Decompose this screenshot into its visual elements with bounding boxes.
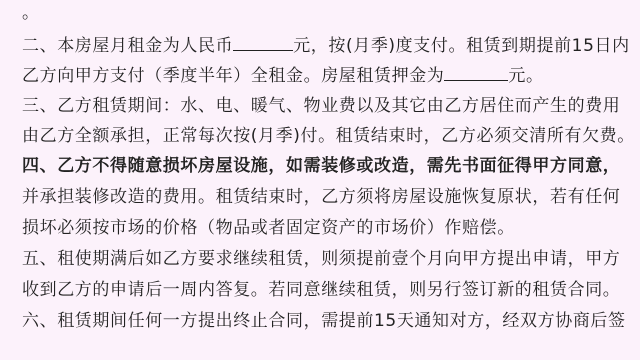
clause-2-line-2: 乙方向甲方支付（季度半年）全租金。房屋租赁押金为元。 — [22, 64, 544, 87]
clause-3-line-1: 三、乙方租赁期间：水、电、暖气、物业费以及其它由乙方居住而产生的费用 — [22, 95, 620, 117]
clause-5-line-2: 收到乙方的申请后一周内答复。若同意继续租赁，则另行签订新的租赁合同。 — [22, 279, 620, 301]
clause-4-line-3: 损坏必须按市场的价格（物品或者固定资产的市场价）作赔偿。 — [22, 217, 515, 239]
text-line-fragment: 。 — [22, 2, 40, 24]
clause-6-line-1: 六、租赁期间任何一方提出终止合同，需提前15天通知对方，经双方协商后签 — [22, 310, 626, 332]
clause-4-line-2: 并承担装修改造的费用。租赁结束时，乙方须将房屋设施恢复原状，若有任何 — [22, 186, 620, 208]
clause-2-line-1: 二、本房屋月租金为人民币元，按(月季)度支付。租赁到期提前15日内 — [22, 34, 630, 57]
clause-text: 元，按(月季)度支付。租赁到期提前15日内 — [293, 36, 630, 56]
deposit-amount-blank — [444, 64, 508, 81]
clause-text: 二、本房屋月租金为人民币 — [22, 36, 233, 56]
clause-3-line-2: 由乙方全额承担，正常每次按(月季)付。租赁结束时，乙方必须交清所有欠费。 — [22, 125, 635, 147]
contract-document: 。 二、本房屋月租金为人民币元，按(月季)度支付。租赁到期提前15日内 乙方向甲… — [0, 0, 640, 360]
clause-4-line-1: 四、乙方不得随意损坏房屋设施，如需装修或改造，需先书面征得甲方同意， — [22, 155, 620, 177]
clause-text: 乙方向甲方支付（季度半年）全租金。房屋租赁押金为 — [22, 66, 444, 86]
clause-5-line-1: 五、租使期满后如乙方要求继续租赁，则须提前壹个月向甲方提出申请，甲方 — [22, 248, 620, 270]
clause-text: 元。 — [508, 66, 543, 86]
rent-amount-blank — [233, 34, 293, 51]
